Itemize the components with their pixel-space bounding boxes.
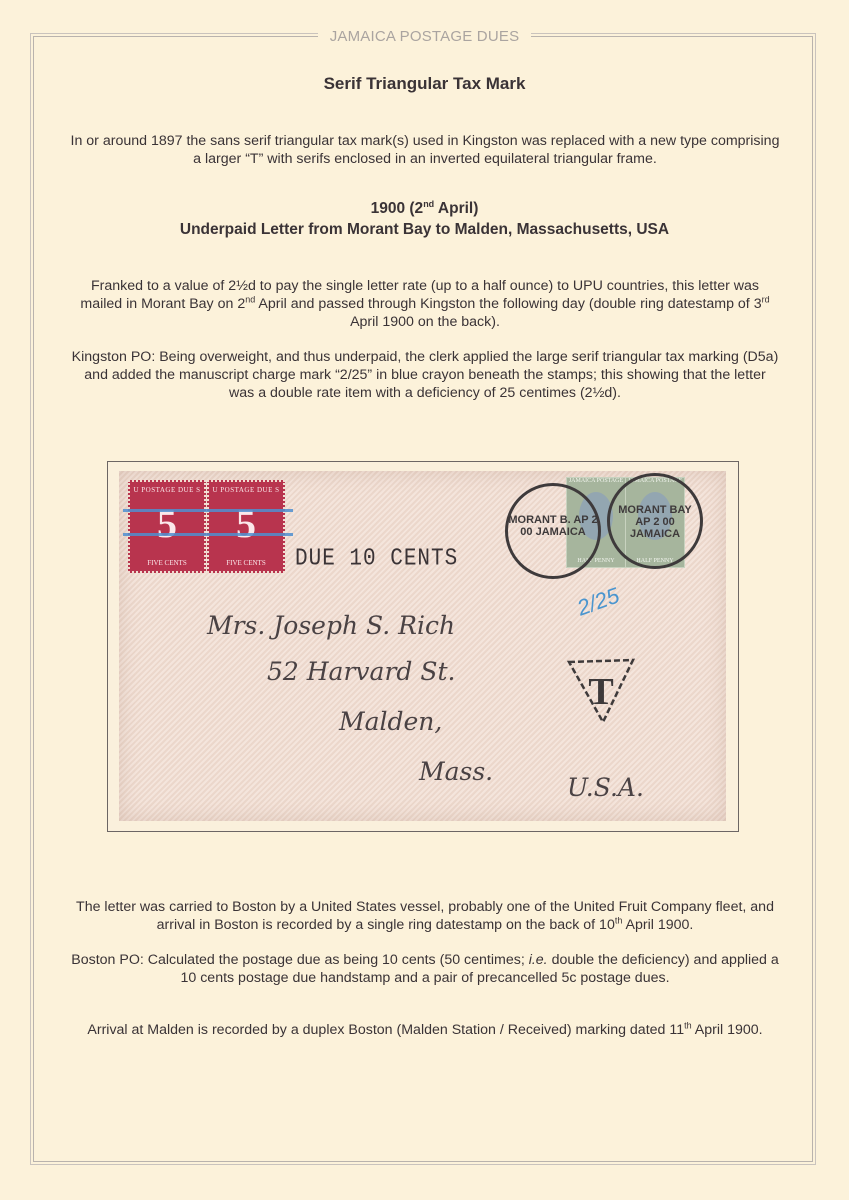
page-title: Serif Triangular Tax Mark xyxy=(0,74,849,94)
frame-title: JAMAICA POSTAGE DUES xyxy=(0,28,849,45)
postmark-text: MORANT BAY AP 2 00 JAMAICA xyxy=(610,504,700,540)
item-title: Underpaid Letter from Morant Bay to Mald… xyxy=(0,221,849,239)
morant-bay-postmark-1: MORANT B. AP 2 00 JAMAICA xyxy=(505,483,601,579)
boston-ie: i.e. xyxy=(529,952,548,968)
carried-text-2: April 1900. xyxy=(622,917,693,933)
stamp-value: 5 xyxy=(130,500,204,547)
boston-paragraph: Boston PO: Calculated the postage due as… xyxy=(70,951,780,987)
boston-label: Boston PO: xyxy=(71,952,144,968)
precancel-line xyxy=(123,509,293,512)
address-line-3: Malden, xyxy=(339,707,442,736)
cover-image-mount: U POSTAGE DUE S 5 FIVE CENTS U POSTAGE D… xyxy=(107,461,739,832)
stamp-top-text: U POSTAGE DUE S xyxy=(209,486,283,494)
manuscript-charge-mark: 2/25 xyxy=(574,582,623,621)
malden-text-1: Arrival at Malden is recorded by a duple… xyxy=(87,1022,684,1038)
address-line-5: U.S.A. xyxy=(567,773,644,802)
us-postage-due-stamp-2: U POSTAGE DUE S 5 FIVE CENTS xyxy=(207,480,285,573)
malden-paragraph: Arrival at Malden is recorded by a duple… xyxy=(70,1021,780,1039)
stamp-bottom-text: FIVE CENTS xyxy=(130,559,204,567)
postmark-text: MORANT B. AP 2 00 JAMAICA xyxy=(508,514,598,538)
franking-paragraph: Franked to a value of 2½d to pay the sin… xyxy=(70,277,780,331)
stamp-top-text: U POSTAGE DUE S xyxy=(130,486,204,494)
envelope-cover: U POSTAGE DUE S 5 FIVE CENTS U POSTAGE D… xyxy=(119,471,726,821)
carried-paragraph: The letter was carried to Boston by a Un… xyxy=(70,898,780,934)
us-postage-due-stamp-1: U POSTAGE DUE S 5 FIVE CENTS xyxy=(128,480,206,573)
stamp-value: 5 xyxy=(209,500,283,547)
franking-sup-2: rd xyxy=(762,294,770,304)
item-date-text: 1900 (2 xyxy=(371,200,424,217)
item-date: 1900 (2nd April) xyxy=(0,200,849,218)
intro-paragraph: In or around 1897 the sans serif triangu… xyxy=(70,132,780,168)
malden-text-2: April 1900. xyxy=(692,1022,763,1038)
serif-triangular-tax-mark-icon: T xyxy=(567,658,635,724)
franking-text-2: April and passed through Kingston the fo… xyxy=(255,296,761,312)
address-line-1: Mrs. Joseph S. Rich xyxy=(207,611,455,640)
kingston-label: Kingston PO: xyxy=(72,349,156,365)
item-date-suffix: April) xyxy=(434,200,478,217)
address-line-4: Mass. xyxy=(419,757,493,786)
franking-sup-1: nd xyxy=(245,294,255,304)
stamp-bottom-text: FIVE CENTS xyxy=(209,559,283,567)
item-date-sup: nd xyxy=(423,199,434,209)
kingston-text: Being overweight, and thus underpaid, th… xyxy=(84,349,778,401)
svg-text:T: T xyxy=(588,671,613,713)
precancel-line xyxy=(123,533,293,536)
malden-sup: th xyxy=(684,1020,692,1030)
stamp-top-text: JAMAICA POSTAGE xyxy=(567,478,625,484)
address-line-2: 52 Harvard St. xyxy=(267,657,455,686)
due-10-cents-handstamp: DUE 10 CENTS xyxy=(295,546,458,572)
kingston-paragraph: Kingston PO: Being overweight, and thus … xyxy=(70,348,780,402)
boston-text-1: Calculated the postage due as being 10 c… xyxy=(144,952,529,968)
morant-bay-postmark-2: MORANT BAY AP 2 00 JAMAICA xyxy=(607,473,703,569)
franking-text-3: April 1900 on the back). xyxy=(350,314,500,330)
